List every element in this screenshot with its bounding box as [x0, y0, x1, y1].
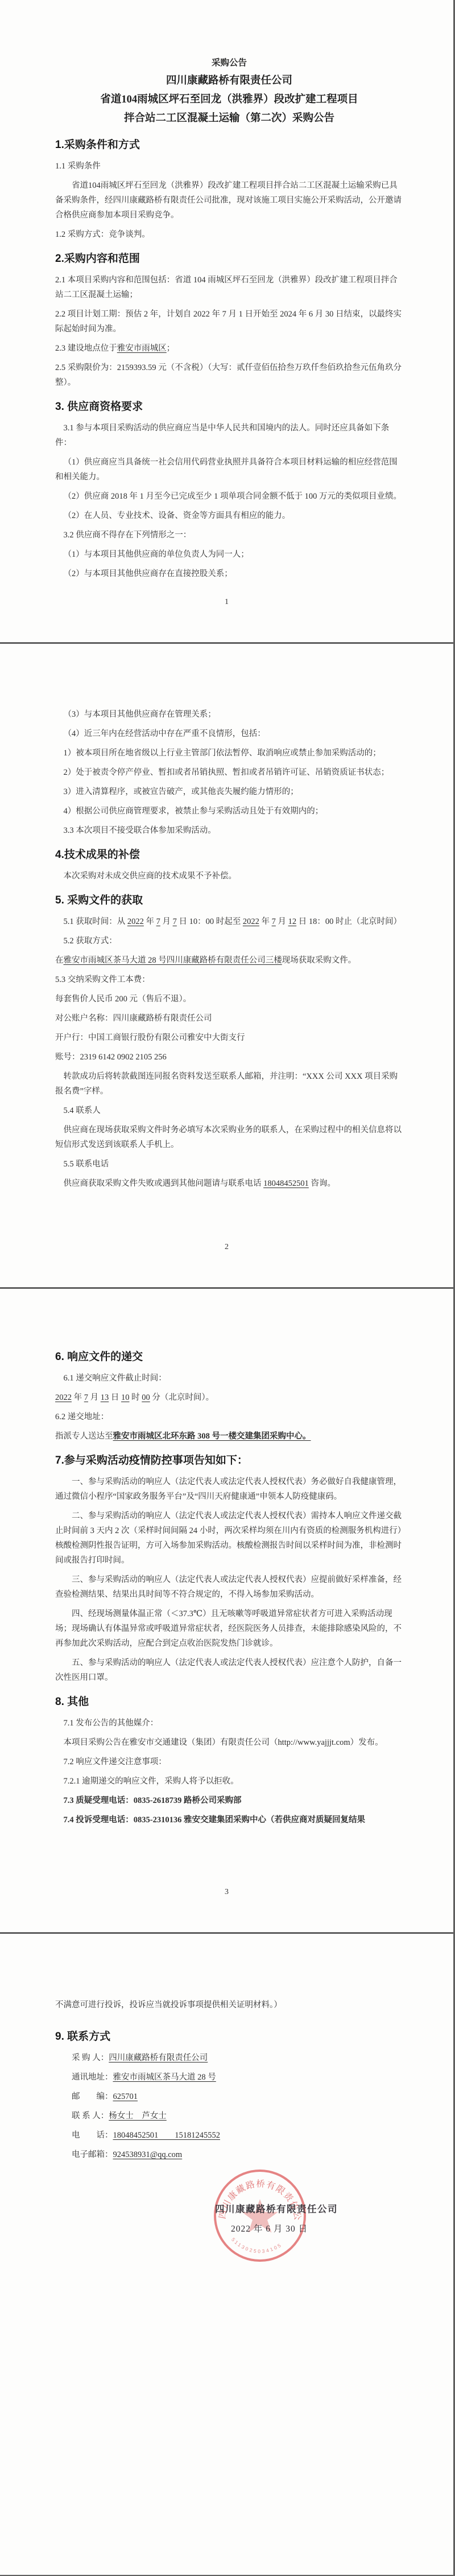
- text-run: （2）与本项目其他供应商存在直接控股关系；: [64, 569, 233, 578]
- text-run: 本项目采购公告在雅安市交通建设（集团）有限责任公司（http://www.yaj…: [64, 1738, 383, 1747]
- page-number: 2: [0, 1243, 453, 1252]
- page-1: 采购公告四川康藏路桥有限责任公司省道104雨城区坪石至回龙（洪雅界）段改扩建工程…: [0, 0, 453, 642]
- doc-paragraph: 本次采购对未成交供应商的技术成果不予补偿。: [55, 869, 403, 884]
- text-run: 时: [130, 1393, 142, 1402]
- doc-paragraph: 通讯地址：雅安市雨城区茶马大道 28 号: [55, 2070, 403, 2085]
- scanned-document: 采购公告四川康藏路桥有限责任公司省道104雨城区坪石至回龙（洪雅界）段改扩建工程…: [0, 0, 455, 2576]
- section-heading: 8. 其他: [55, 1694, 403, 1711]
- text-run: 625701: [113, 2092, 138, 2101]
- doc-title-line: 拌合站二工区混凝土运输（第二次）采购公告: [55, 109, 403, 128]
- text-run: 9. 联系方式: [55, 2031, 110, 2043]
- doc-paragraph: 1.2 采购方式：竞争谈判。: [55, 227, 403, 242]
- doc-paragraph: 三、参与采购活动的响应人（法定代表人或法定代表人授权代表）应提前做好采样准备，经…: [55, 1572, 403, 1602]
- page-4-content: 不满意可进行投诉，投诉应当就投诉事项提供相关证明材料。）9. 联系方式采 购 人…: [55, 1998, 403, 2162]
- doc-paragraph: 联 系 人：杨女士 芦女士: [55, 2109, 403, 2123]
- doc-paragraph: 6.2 递交地址：: [55, 1410, 403, 1424]
- text-run: 3. 供应商资格要求: [55, 401, 143, 413]
- text-run: 电子邮箱：: [72, 2150, 113, 2159]
- doc-paragraph: 5.2 获取方式：: [55, 934, 403, 948]
- doc-paragraph: 指派专人送达至雅安市雨城区北环东路 308 号一楼交建集团采购中心。: [55, 1429, 403, 1444]
- text-run: 四川康藏路桥有限责任公司: [109, 2053, 208, 2063]
- doc-paragraph: 4）根据公司供应商管理要求，被禁止参与采购活动且处于有效期内的；: [55, 804, 403, 819]
- doc-paragraph: 账号：2319 6142 0902 2105 256: [55, 1050, 403, 1065]
- text-run: 二、参与采购活动的响应人（法定代表人或法定代表人授权代表）需持本人响应文件递交截…: [55, 1511, 402, 1565]
- text-run: 对公账户名称：四川康藏路桥有限责任公司: [55, 1014, 212, 1023]
- company-seal-icon: 四川康藏路桥有限责任公司 5113025034105: [212, 2167, 308, 2264]
- text-run: 省道104雨城区坪石至回龙（洪雅界）段改扩建工程项目: [100, 94, 358, 105]
- text-run: 5.4 联系人: [64, 1106, 101, 1115]
- text-run: （2）在人员、专业技术、设备、资金等方面具有相应的能力。: [64, 511, 291, 520]
- doc-paragraph: 邮 编：625701: [55, 2089, 403, 2104]
- doc-paragraph: 在雅安市雨城区茶马大道 28 号四川康藏路桥有限责任公司三楼现场获取采购文件。: [55, 953, 403, 968]
- text-run: 3.3 本次项目不接受联合体参加采购活动。: [64, 826, 216, 835]
- text-run: 18048452501: [263, 1179, 309, 1188]
- text-run: 2022: [55, 1393, 72, 1402]
- text-run: 每套售价人民币 200 元（售后不退）。: [55, 995, 191, 1004]
- text-run: 年: [72, 1393, 84, 1402]
- doc-paragraph: 7.2 响应文件递交注意事项：: [55, 1755, 403, 1769]
- doc-paragraph: （1）供应商应当具备统一社会信用代码营业执照并具备符合本项目材料运输的相应经营范…: [55, 455, 403, 484]
- page-3-content: 6. 响应文件的递交6.1 递交响应文件截止时间：2022 年 7 月 13 日…: [55, 1349, 403, 1827]
- text-run: 雅安市雨城区北环东路 308 号一楼交建集团采购中心。: [113, 1432, 311, 1441]
- text-run: 5.3 交纳采购文件工本费：: [55, 975, 150, 984]
- text-run: 三、参与采购活动的响应人（法定代表人或法定代表人授权代表）应提前做好采样准备，经…: [55, 1575, 402, 1599]
- doc-paragraph: 四、经现场测量体温正常（＜37.3℃）且无咳嗽等呼吸道异常症状者方可进入采购活动…: [55, 1607, 403, 1651]
- page-2-content: （3）与本项目其他供应商存在管理关系；（4）近三年内在经营活动中存在严重不良情形…: [55, 707, 403, 1191]
- text-run: 分（北京时间）。: [150, 1393, 214, 1402]
- text-run: 1）被本项目所在地省级以上行业主管部门依法暂停、取消响应或禁止参加采购活动的；: [64, 749, 381, 758]
- text-run: 1.采购条件和方式: [55, 139, 140, 151]
- text-run: 月: [88, 1393, 101, 1402]
- section-heading: 1.采购条件和方式: [55, 137, 403, 154]
- text-run: 采购公告: [212, 58, 247, 68]
- doc-paragraph: 7.4 投诉受理电话：0835-2310136 雅安交建集团采购中心（若供应商对…: [55, 1813, 403, 1827]
- page-1-content: 采购公告四川康藏路桥有限责任公司省道104雨城区坪石至回龙（洪雅界）段改扩建工程…: [55, 56, 403, 581]
- text-run: 日: [109, 1393, 121, 1402]
- doc-paragraph: 五、参与采购活动的响应人（法定代表人或法定代表人授权代表）应注意个人防护，自备一…: [55, 1655, 403, 1685]
- section-heading: 2.采购内容和范围: [55, 250, 403, 268]
- doc-paragraph: 1）被本项目所在地省级以上行业主管部门依法暂停、取消响应或禁止参加采购活动的；: [55, 746, 403, 761]
- section-heading: 3. 供应商资格要求: [55, 398, 403, 416]
- text-run: 3.2 供应商不得存在下列情形之一：: [64, 531, 192, 540]
- text-run: 邮 编：: [72, 2092, 113, 2101]
- text-run: 2022: [243, 917, 259, 926]
- text-run: 18048452501 15181245552: [113, 2131, 221, 2140]
- doc-paragraph: 1.1 采购条件: [55, 159, 403, 174]
- text-run: （4）近三年内在经营活动中存在严重不良情形，包括：: [64, 729, 266, 738]
- section-heading: 4.技术成果的补偿: [55, 847, 403, 864]
- text-run: 4）根据公司供应商管理要求，被禁止参与采购活动且处于有效期内的；: [64, 807, 324, 816]
- text-run: 月: [276, 917, 288, 926]
- text-run: 电 话：: [72, 2131, 113, 2140]
- doc-paragraph: 供应商获取采购文件失败或遇到其他问题请与联系电话 18048452501 咨询。: [55, 1176, 403, 1191]
- doc-paragraph: （4）近三年内在经营活动中存在严重不良情形，包括：: [55, 726, 403, 741]
- doc-paragraph: 2022 年 7 月 13 日 10 时 00 分（北京时间）。: [55, 1390, 403, 1405]
- text-run: 924538931@qq.com: [113, 2150, 183, 2159]
- text-run: 四、经现场测量体温正常（＜37.3℃）且无咳嗽等呼吸道异常症状者方可进入采购活动…: [55, 1609, 402, 1648]
- text-run: 5.5 联系电话: [64, 1160, 109, 1169]
- text-run: 2.采购内容和范围: [55, 253, 140, 265]
- doc-paragraph: 采 购 人：四川康藏路桥有限责任公司: [55, 2051, 403, 2065]
- text-run: 省道104雨城区坪石至回龙（洪雅界）段改扩建工程项目拌合站二工区混凝土运输采购已…: [55, 181, 402, 220]
- doc-paragraph: 3.1 参与本项目采购活动的供应商应当是中华人民共和国境内的法人。同时还应具备如…: [55, 421, 403, 450]
- text-run: 转款成功后将转款截图连同报名资料发送至联系人邮箱，并注明：“XXX 公司 XXX…: [55, 1072, 398, 1096]
- doc-paragraph: （2）在人员、专业技术、设备、资金等方面具有相应的能力。: [55, 508, 403, 523]
- doc-paragraph: 3.2 供应商不得存在下列情形之一：: [55, 528, 403, 543]
- section-heading: 6. 响应文件的递交: [55, 1349, 403, 1366]
- text-run: 指派专人送达至: [55, 1432, 113, 1441]
- doc-paragraph: 2）处于被责令停产停业、暂扣或者吊销执照、暂扣或者吊销许可证、吊销资质证书状态；: [55, 765, 403, 780]
- text-run: 7.参与采购活动疫情防控事项告知如下：: [55, 1455, 248, 1466]
- text-run: 年: [259, 917, 272, 926]
- text-run: 12: [288, 917, 297, 926]
- doc-paragraph: 7.3 质疑受理电话：0835-2618739 路桥公司采购部: [55, 1793, 403, 1808]
- text-run: 4.技术成果的补偿: [55, 849, 140, 861]
- text-run: 采 购 人：: [72, 2053, 109, 2063]
- doc-paragraph: 转款成功后将转款截图连同报名资料发送至联系人邮箱，并注明：“XXX 公司 XXX…: [55, 1069, 403, 1099]
- text-run: 不满意可进行投诉，投诉应当就投诉事项提供相关证明材料。）: [55, 2000, 282, 2010]
- text-run: 年: [144, 917, 156, 926]
- doc-paragraph: 5.4 联系人: [55, 1103, 403, 1118]
- text-run: 杨女士 芦女士: [109, 2111, 167, 2121]
- text-run: 联 系 人：: [72, 2111, 109, 2121]
- doc-paragraph: 2.3 建设地点位于雅安市雨城区；: [55, 341, 403, 356]
- doc-paragraph: （2）与本项目其他供应商存在直接控股关系；: [55, 566, 403, 581]
- doc-paragraph: 二、参与采购活动的响应人（法定代表人或法定代表人授权代表）需持本人响应文件递交截…: [55, 1509, 403, 1568]
- text-run: 1.1 采购条件: [55, 162, 101, 171]
- text-run: 7.2 响应文件递交注意事项：: [64, 1757, 167, 1766]
- page-4: 不满意可进行投诉，投诉应当就投诉事项提供相关证明材料。）9. 联系方式采 购 人…: [0, 1934, 453, 2575]
- doc-paragraph: 7.1 发布公告的其他媒介：: [55, 1716, 403, 1731]
- text-run: 雅安市雨城区茶马大道 28 号四川康藏路桥有限责任公司三楼: [64, 956, 282, 965]
- text-run: 7: [173, 917, 177, 926]
- text-run: 咨询。: [309, 1179, 336, 1188]
- doc-paragraph: 5.3 交纳采购文件工本费：: [55, 972, 403, 987]
- text-run: 本次采购对未成交供应商的技术成果不予补偿。: [64, 872, 237, 881]
- text-run: 7: [84, 1393, 88, 1402]
- text-run: 开户行：中国工商银行股份有限公司雅安中大街支行: [55, 1033, 245, 1042]
- text-run: 13: [101, 1393, 109, 1402]
- text-run: 在: [55, 956, 64, 965]
- text-run: 5. 采购文件的获取: [55, 894, 143, 906]
- doc-paragraph: 每套售价人民币 200 元（售后不退）。: [55, 992, 403, 1006]
- doc-paragraph: 不满意可进行投诉，投诉应当就投诉事项提供相关证明材料。）: [55, 1998, 403, 2012]
- page-2: （3）与本项目其他供应商存在管理关系；（4）近三年内在经营活动中存在严重不良情形…: [0, 644, 453, 1287]
- text-run: 供应商获取采购文件失败或遇到其他问题请与联系电话: [64, 1179, 264, 1188]
- doc-paragraph: 2.5 采购限价为：2159393.59 元（不含税）（大写：贰仟壹佰伍拾叁万玖…: [55, 360, 403, 390]
- text-run: 5.2 获取方式：: [64, 936, 117, 946]
- text-run: 日 18：00 时止（北京时间）: [296, 917, 402, 926]
- text-run: 8. 其他: [55, 1696, 89, 1708]
- doc-paragraph: （1）与本项目其他供应商的单位负责人为同一人；: [55, 547, 403, 562]
- text-run: 00: [142, 1393, 150, 1402]
- doc-paragraph: （2）供应商 2018 年 1 月至今已完成至少 1 项单项合同金额不低于 10…: [55, 489, 403, 504]
- text-run: 月: [160, 917, 173, 926]
- page-number: 1: [0, 598, 453, 607]
- text-run: （3）与本项目其他供应商存在管理关系；: [64, 710, 216, 719]
- doc-paragraph: 5.1 获取时间：从 2022 年 7 月 7 日 10：00 时起至 2022…: [55, 914, 403, 929]
- text-run: 10: [121, 1393, 130, 1402]
- text-run: 现场获取采购文件。: [282, 956, 357, 965]
- text-run: 账号：2319 6142 0902 2105 256: [55, 1053, 167, 1062]
- text-run: （2）供应商 2018 年 1 月至今已完成至少 1 项单项合同金额不低于 10…: [64, 492, 402, 501]
- section-heading: 5. 采购文件的获取: [55, 892, 403, 909]
- text-run: 通讯地址：: [72, 2073, 113, 2082]
- doc-paragraph: 对公账户名称：四川康藏路桥有限责任公司: [55, 1011, 403, 1026]
- text-run: 1.2 采购方式：竞争谈判。: [55, 230, 150, 239]
- doc-paragraph: 一、参与采购活动的响应人（法定代表人或法定代表人授权代表）务必做好自我健康管理，…: [55, 1474, 403, 1504]
- text-run: 6. 响应文件的递交: [55, 1351, 143, 1363]
- text-run: 6.1 递交响应文件截止时间：: [64, 1374, 167, 1383]
- text-run: 3.1 参与本项目采购活动的供应商应当是中华人民共和国境内的法人。同时还应具备如…: [55, 424, 389, 447]
- text-run: 7: [156, 917, 160, 926]
- text-run: 3）进入清算程序，或被宣告破产，或其他丧失履约能力情形的；: [64, 787, 299, 796]
- text-run: 2.5 采购限价为：2159393.59 元（不含税）（大写：贰仟壹佰伍拾叁万玖…: [55, 363, 402, 387]
- text-run: 2）处于被责令停产停业、暂扣或者吊销执照、暂扣或者吊销许可证、吊销资质证书状态；: [64, 768, 390, 777]
- doc-paragraph: 2.1 本项目采购内容和范围包括：省道 104 雨城区坪石至回龙（洪雅界）段改扩…: [55, 273, 403, 302]
- doc-paragraph: 2.2 项目计划工期：预估 2 年，计划自 2022 年 7 月 1 日开始至 …: [55, 307, 403, 336]
- signature-company: 四川康藏路桥有限责任公司: [215, 2201, 338, 2215]
- text-run: 5.1 获取时间：从: [64, 917, 127, 926]
- text-run: 7: [272, 917, 276, 926]
- text-run: 雅安市雨城区茶马大道 28 号: [113, 2073, 216, 2082]
- text-run: （1）供应商应当具备统一社会信用代码营业执照并具备符合本项目材料运输的相应经营范…: [55, 458, 398, 482]
- text-run: 四川康藏路桥有限责任公司: [166, 75, 292, 87]
- text-run: （1）与本项目其他供应商的单位负责人为同一人；: [64, 550, 249, 559]
- doc-title-line: 采购公告: [55, 56, 403, 68]
- signature-date: 2022 年 6 月 30 日: [231, 2222, 308, 2234]
- section-heading: 7.参与采购活动疫情防控事项告知如下：: [55, 1452, 403, 1469]
- doc-paragraph: 供应商在现场获取采购文件时务必填写本次采购业务的联系人，在采购过程中的相关信息将…: [55, 1123, 403, 1152]
- text-run: 2.2 项目计划工期：预估 2 年，计划自 2022 年 7 月 1 日开始至 …: [55, 310, 402, 334]
- doc-paragraph: （3）与本项目其他供应商存在管理关系；: [55, 707, 403, 722]
- doc-paragraph: 3.3 本次项目不接受联合体参加采购活动。: [55, 823, 403, 838]
- text-run: 雅安市雨城区: [117, 344, 167, 353]
- doc-paragraph: 电子邮箱：924538931@qq.com: [55, 2147, 403, 2162]
- text-run: 供应商在现场获取采购文件时务必填写本次采购业务的联系人，在采购过程中的相关信息将…: [55, 1125, 402, 1149]
- doc-paragraph: 本项目采购公告在雅安市交通建设（集团）有限责任公司（http://www.yaj…: [55, 1735, 403, 1750]
- text-run: 2022: [127, 917, 144, 926]
- text-run: 五、参与采购活动的响应人（法定代表人或法定代表人授权代表）应注意个人防护，自备一…: [55, 1658, 402, 1682]
- text-run: 日 10：00 时起至: [177, 917, 243, 926]
- doc-paragraph: 7.2.1 逾期递交的响应文件，采购人将予以拒收。: [55, 1774, 403, 1789]
- text-run: 拌合站二工区混凝土运输（第二次）采购公告: [124, 113, 334, 124]
- doc-paragraph: 开户行：中国工商银行股份有限公司雅安中大街支行: [55, 1030, 403, 1045]
- page-3: 6. 响应文件的递交6.1 递交响应文件截止时间：2022 年 7 月 13 日…: [0, 1289, 453, 1932]
- page-number: 3: [0, 1888, 453, 1897]
- doc-paragraph: 省道104雨城区坪石至回龙（洪雅界）段改扩建工程项目拌合站二工区混凝土运输采购已…: [55, 178, 403, 223]
- text-run: 7.1 发布公告的其他媒介：: [64, 1719, 159, 1728]
- text-run: 7.3 质疑受理电话：0835-2618739 路桥公司采购部: [64, 1796, 242, 1805]
- text-run: 一、参与采购活动的响应人（法定代表人或法定代表人授权代表）务必做好自我健康管理，…: [55, 1477, 402, 1501]
- doc-paragraph: 3）进入清算程序，或被宣告破产，或其他丧失履约能力情形的；: [55, 784, 403, 799]
- svg-text:5113025034105: 5113025034105: [230, 2237, 283, 2254]
- text-run: 7.2.1 逾期递交的响应文件，采购人将予以拒收。: [64, 1777, 239, 1786]
- text-run: 7.4 投诉受理电话：0835-2310136 雅安交建集团采购中心（若供应商对…: [64, 1815, 365, 1825]
- doc-paragraph: 6.1 递交响应文件截止时间：: [55, 1371, 403, 1386]
- text-run: ；: [167, 344, 175, 353]
- section-heading: 9. 联系方式: [55, 2028, 403, 2045]
- text-run: 2.1 本项目采购内容和范围包括：省道 104 雨城区坪石至回龙（洪雅界）段改扩…: [55, 276, 398, 299]
- doc-title-line: 四川康藏路桥有限责任公司: [55, 72, 403, 91]
- seal-code-text: 5113025034105: [230, 2237, 283, 2254]
- doc-paragraph: 电 话：18048452501 15181245552: [55, 2128, 403, 2143]
- text-run: 2.3 建设地点位于: [55, 344, 117, 353]
- text-run: 6.2 递交地址：: [55, 1412, 109, 1421]
- doc-title-line: 省道104雨城区坪石至回龙（洪雅界）段改扩建工程项目: [55, 91, 403, 109]
- doc-paragraph: 5.5 联系电话: [55, 1157, 403, 1172]
